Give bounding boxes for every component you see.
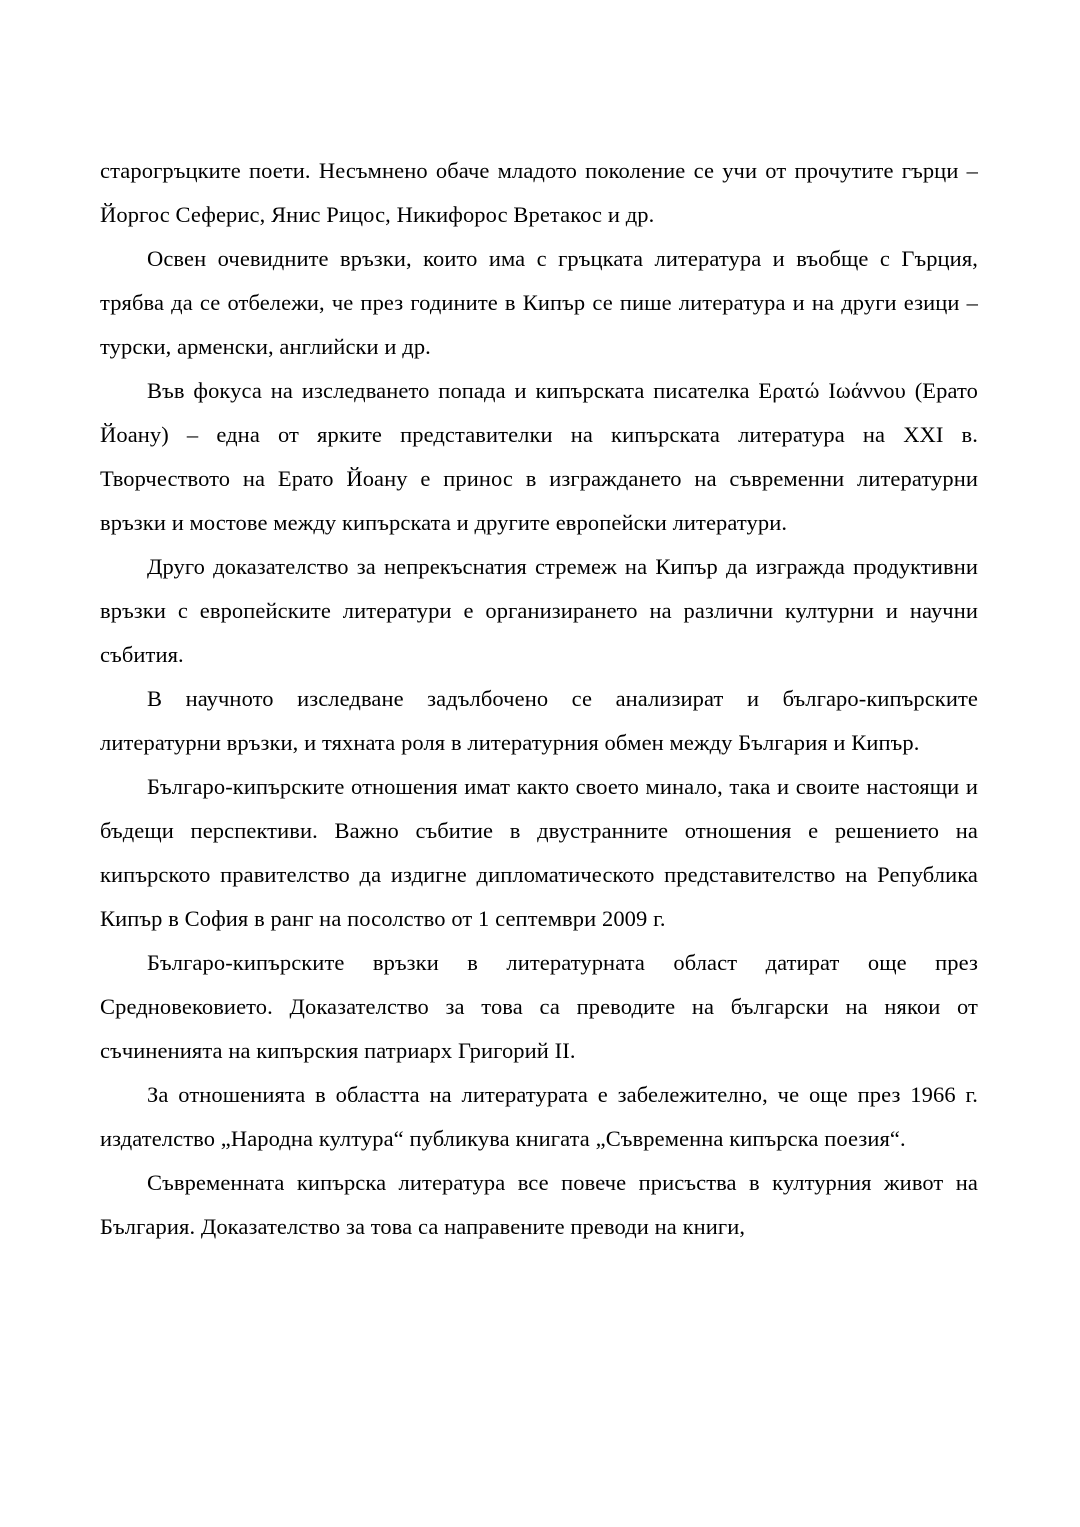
paragraph: старогръцките поети. Несъмнено обаче мла… [100, 149, 978, 237]
paragraph: Във фокуса на изследването попада и кипъ… [100, 369, 978, 545]
text-block: старогръцките поети. Несъмнено обаче мла… [100, 149, 978, 1249]
paragraph: Друго доказателство за непрекъснатия стр… [100, 545, 978, 677]
paragraph: Освен очевидните връзки, които има с гръ… [100, 237, 978, 369]
paragraph: В научното изследване задълбочено се ана… [100, 677, 978, 765]
document-page: старогръцките поети. Несъмнено обаче мла… [0, 0, 1080, 1527]
paragraph: Съвременната кипърска литература все пов… [100, 1161, 978, 1249]
paragraph: Българо-кипърските отношения имат както … [100, 765, 978, 941]
paragraph: Българо-кипърските връзки в литературнат… [100, 941, 978, 1073]
paragraph: За отношенията в областта на литературат… [100, 1073, 978, 1161]
